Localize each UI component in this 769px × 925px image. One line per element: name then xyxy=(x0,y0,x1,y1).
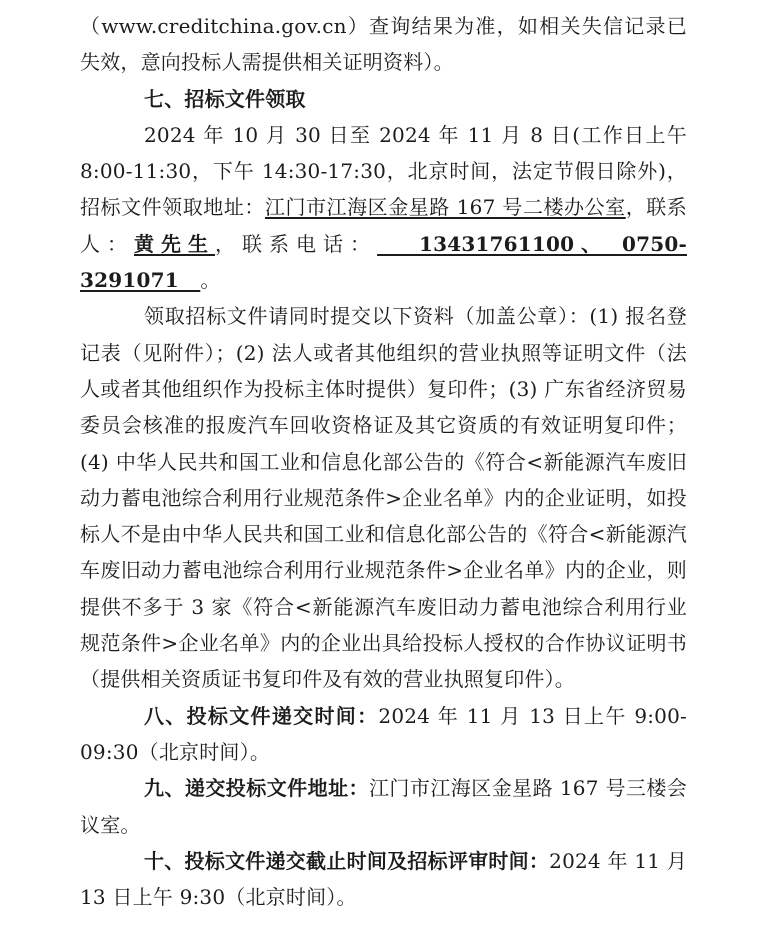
document-page: （www.creditchina.gov.cn）查询结果为准，如相关失信记录已失… xyxy=(0,0,769,925)
section-7-required-materials: 领取招标文件请同时提交以下资料（加盖公章）：(1) 报名登记表（见附件）；(2)… xyxy=(80,298,687,697)
section-8-heading-text: 八、投标文件递交时间： xyxy=(144,704,378,728)
section-7-heading-text: 七、招标文件领取 xyxy=(144,87,306,111)
section-10-heading-text: 十、投标文件递交截止时间及招标评审时间： xyxy=(144,849,549,873)
pickup-address: 江门市江海区金星路 167 号二楼办公室 xyxy=(265,195,626,219)
document-content: （www.creditchina.gov.cn）查询结果为准，如相关失信记录已失… xyxy=(80,8,687,915)
credit-china-note-text: （www.creditchina.gov.cn）查询结果为准，如相关失信记录已失… xyxy=(80,14,687,74)
section-8-submission-time: 八、投标文件递交时间：2024 年 11 月 13 日上午 9:00-09:30… xyxy=(80,698,687,771)
contact-name: 黄先生 xyxy=(134,232,215,256)
required-materials-text: 领取招标文件请同时提交以下资料（加盖公章）：(1) 报名登记表（见附件）；(2)… xyxy=(80,304,687,691)
section-9-submission-address: 九、递交投标文件地址：江门市江海区金星路 167 号三楼会议室。 xyxy=(80,770,687,843)
section-9-heading-text: 九、递交投标文件地址： xyxy=(144,776,369,800)
section-7-pickup-details: 2024 年 10 月 30 日至 2024 年 11 月 8 日(工作日上午 … xyxy=(80,117,687,298)
phone-label: ，联系电话： xyxy=(215,232,377,256)
section-7-heading: 七、招标文件领取 xyxy=(80,81,687,117)
section-10-deadline-review-time: 十、投标文件递交截止时间及招标评审时间：2024 年 11 月 13 日上午 9… xyxy=(80,843,687,916)
sentence-end: 。 xyxy=(200,268,220,292)
credit-china-note-continuation: （www.creditchina.gov.cn）查询结果为准，如相关失信记录已失… xyxy=(80,8,687,81)
